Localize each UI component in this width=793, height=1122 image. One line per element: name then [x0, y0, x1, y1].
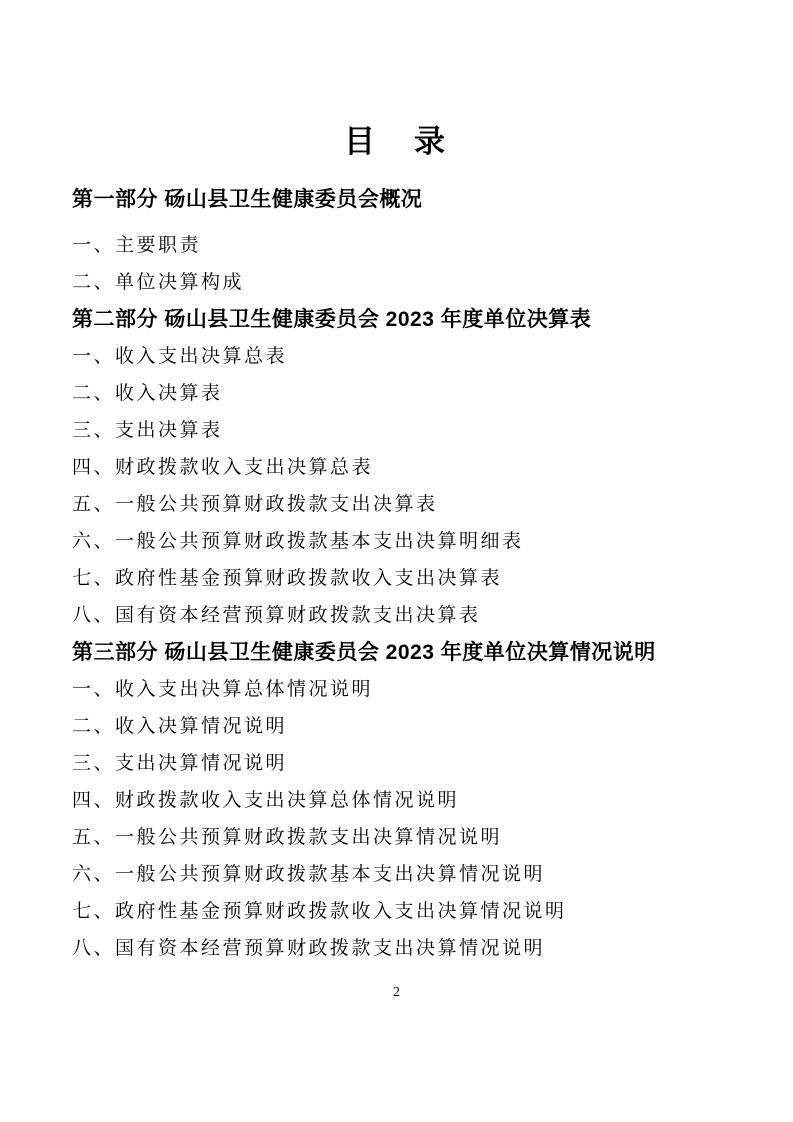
toc-item: 二、收入决算情况说明 — [72, 708, 721, 745]
toc-item: 二、单位决算构成 — [72, 264, 721, 301]
toc-item: 五、一般公共预算财政拨款支出决算表 — [72, 486, 721, 523]
toc-item: 四、财政拨款收入支出决算总表 — [72, 449, 721, 486]
toc-item: 二、收入决算表 — [72, 375, 721, 412]
toc-item: 七、政府性基金预算财政拨款收入支出决算表 — [72, 560, 721, 597]
page-number: 2 — [0, 984, 793, 1002]
document-page: 目 录 第一部分 砀山县卫生健康委员会概况 一、主要职责 二、单位决算构成 第二… — [0, 0, 793, 1122]
toc-item: 五、一般公共预算财政拨款支出决算情况说明 — [72, 819, 721, 856]
toc-item: 四、财政拨款收入支出决算总体情况说明 — [72, 782, 721, 819]
toc-item: 一、收入支出决算总体情况说明 — [72, 671, 721, 708]
toc-item: 六、一般公共预算财政拨款基本支出决算明细表 — [72, 523, 721, 560]
toc-item: 三、支出决算表 — [72, 412, 721, 449]
toc-item: 七、政府性基金预算财政拨款收入支出决算情况说明 — [72, 893, 721, 930]
toc-section-part-1: 第一部分 砀山县卫生健康委员会概况 一、主要职责 二、单位决算构成 — [72, 181, 721, 301]
toc-item: 三、支出决算情况说明 — [72, 745, 721, 782]
toc-item: 一、收入支出决算总表 — [72, 338, 721, 375]
section-part-1-heading: 第一部分 砀山县卫生健康委员会概况 — [72, 181, 721, 218]
toc-item: 一、主要职责 — [72, 227, 721, 264]
toc-item: 八、国有资本经营预算财政拨款支出决算情况说明 — [72, 930, 721, 967]
page-title: 目 录 — [72, 0, 721, 162]
toc-item: 六、一般公共预算财政拨款基本支出决算情况说明 — [72, 856, 721, 893]
toc-item: 八、国有资本经营预算财政拨款支出决算表 — [72, 597, 721, 634]
toc-section-part-3: 第三部分 砀山县卫生健康委员会 2023 年度单位决算情况说明 一、收入支出决算… — [72, 634, 721, 967]
toc-section-part-2: 第二部分 砀山县卫生健康委员会 2023 年度单位决算表 一、收入支出决算总表 … — [72, 301, 721, 634]
section-part-3-heading: 第三部分 砀山县卫生健康委员会 2023 年度单位决算情况说明 — [72, 634, 721, 671]
section-part-2-heading: 第二部分 砀山县卫生健康委员会 2023 年度单位决算表 — [72, 301, 721, 338]
